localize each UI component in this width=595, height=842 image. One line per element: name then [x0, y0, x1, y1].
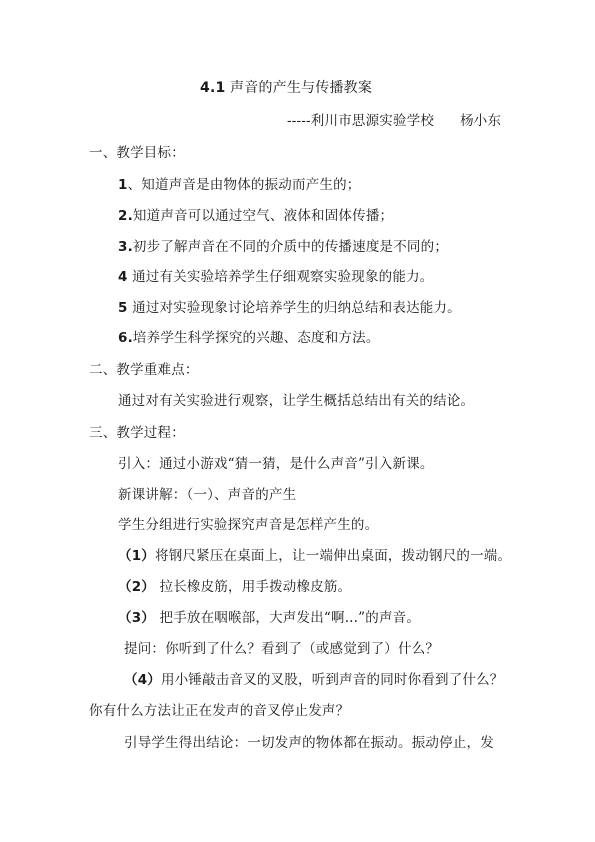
objective-item: 2.知道声音可以通过空气、液体和固体传播；	[118, 207, 393, 225]
section2-body: 通过对有关实验进行观察，让学生概括总结出有关的结论。	[118, 392, 474, 410]
group-experiment: 学生分组进行实验探究声音是怎样产生的。	[118, 516, 378, 534]
objective-item: 3.初步了解声音在不同的介质中的传播速度是不同的；	[118, 238, 448, 256]
conclusion: 引导学生得出结论：一切发声的物体都在振动。振动停止，发	[124, 734, 494, 752]
school-name: -----利川市思源实验学校	[287, 113, 434, 129]
experiment-step-4-continued: 你有什么方法让正在发声的音叉停止发声？	[89, 702, 349, 720]
objective-item: 6.培养学生科学探究的兴趣、态度和方法。	[118, 329, 380, 347]
title-number: 4.1	[200, 80, 225, 96]
lesson-intro: 引入：通过小游戏“猜一猜，是什么声音”引入新课。	[118, 455, 434, 473]
objective-item: 5 通过对实验现象讨论培养学生的归纳总结和表达能力。	[118, 299, 461, 317]
section1-heading: 一、教学目标：	[89, 144, 185, 162]
objective-item: 4 通过有关实验培养学生仔细观察实验现象的能力。	[118, 268, 433, 286]
experiment-step: （1）将钢尺紧压在桌面上，让一端伸出桌面，拨动钢尺的一端。	[118, 547, 511, 565]
experiment-step: （2） 拉长橡皮筋，用手拨动橡皮筋。	[118, 578, 351, 596]
author-name: 杨小东	[460, 113, 501, 129]
section3-heading: 三、教学过程：	[89, 424, 185, 442]
objective-item: 1、知道声音是由物体的振动而产生的；	[118, 176, 361, 194]
experiment-step: （3） 把手放在咽喉部，大声发出“啊...”的声音。	[118, 609, 420, 627]
question: 提问：你听到了什么？看到了（或感觉到了）什么？	[124, 640, 439, 658]
author-line: -----利川市思源实验学校杨小东	[287, 112, 501, 130]
section2-heading: 二、教学重难点：	[89, 361, 199, 379]
title-text: 声音的产生与传播教案	[225, 80, 372, 96]
experiment-step-4: （4）用小锤敲击音叉的叉股，听到声音的同时你看到了什么？	[124, 671, 504, 689]
document-title: 4.1 声音的产生与传播教案	[200, 79, 372, 97]
new-lesson: 新课讲解：（一）、声音的产生	[118, 486, 296, 504]
